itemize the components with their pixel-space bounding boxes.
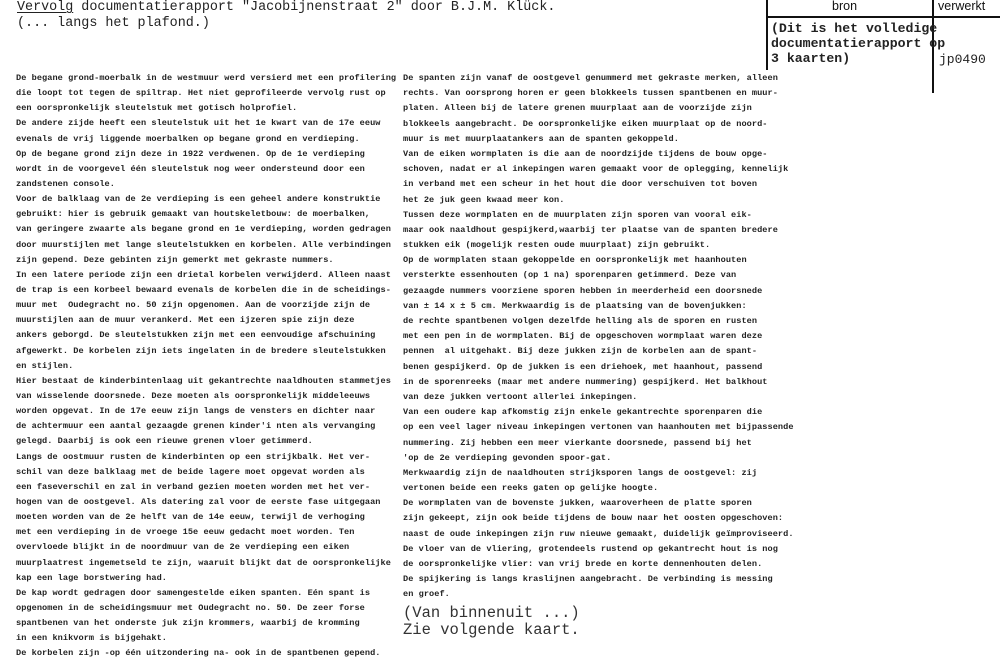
text-line: en stijlen. bbox=[16, 359, 396, 374]
text-line: evenals de vrij liggende moerbalken op b… bbox=[16, 132, 396, 147]
text-line: De wormplaten van de bovenste jukken, wa… bbox=[403, 496, 803, 511]
text-line: van geringere zwaarte als begane grond e… bbox=[16, 222, 396, 237]
text-line: In een latere periode zijn een drietal k… bbox=[16, 268, 396, 283]
title-prefix: Vervolg bbox=[17, 0, 73, 15]
text-line: de achtermuur een aantal gezaagde grenen… bbox=[16, 419, 396, 434]
text-line: de trap is een korbeel bewaard evenals d… bbox=[16, 283, 396, 298]
table-header-divider bbox=[766, 16, 1000, 18]
document-subtitle: (... langs het plafond.) bbox=[17, 16, 555, 32]
text-line: De vloer van de vliering, grotendeels ru… bbox=[403, 542, 803, 557]
verwerkt-cell: jp0490 bbox=[939, 52, 986, 67]
text-line: wordt in de voorgevel één sleutelstuk no… bbox=[16, 162, 396, 177]
text-line: de oorspronkelijke vlier: van vrij brede… bbox=[403, 557, 803, 572]
closing-line: Zie volgende kaart. bbox=[403, 622, 580, 639]
text-line: muurplaatrest ingemetseld te zijn, waaru… bbox=[16, 556, 396, 571]
text-line: Voor de balklaag van de 2e verdieping is… bbox=[16, 192, 396, 207]
text-line: naast de oude inkepingen zijn ruw nieuwe… bbox=[403, 527, 803, 542]
text-line: gezaagde nummers voorziene sporen hebben… bbox=[403, 284, 803, 299]
document-title: Vervolg documentatierapport "Jacobijnens… bbox=[17, 0, 555, 16]
text-line: in een knikvorm is bijgehakt. bbox=[16, 631, 396, 646]
text-line: met een pen in de wormplaten. Bij de opg… bbox=[403, 329, 803, 344]
text-line: Op de begane grond zijn deze in 1922 ver… bbox=[16, 147, 396, 162]
text-line: blokkeels aangebracht. De oorspronkelijk… bbox=[403, 117, 803, 132]
text-line: versterkte essenhouten (op 1 na) sporenp… bbox=[403, 268, 803, 283]
column-header-bron: bron bbox=[832, 0, 857, 13]
bron-cell: (Dit is het volledige documentatierappor… bbox=[771, 21, 945, 66]
text-line: Tussen deze wormplaten en de muurplaten … bbox=[403, 208, 803, 223]
table-left-border bbox=[766, 0, 768, 70]
text-line: zijn gepend. Deze gebinten zijn gemerkt … bbox=[16, 253, 396, 268]
text-line: van deze jukken vertoont allerlei inkepi… bbox=[403, 390, 803, 405]
text-line: Merkwaardig zijn de naaldhouten strijksp… bbox=[403, 466, 803, 481]
text-line: vertonen beide een reeks gaten op gelijk… bbox=[403, 481, 803, 496]
text-line: De begane grond-moerbalk in de westmuur … bbox=[16, 71, 396, 86]
text-line: De andere zijde heeft een sleutelstuk ui… bbox=[16, 116, 396, 131]
text-line: benen gespijkerd. Op de jukken is een dr… bbox=[403, 360, 803, 375]
text-line: spantbenen van het onderste juk zijn kro… bbox=[16, 616, 396, 631]
text-line: De korbelen zijn -op één uitzondering na… bbox=[16, 646, 396, 661]
column-header-verwerkt: verwerkt bbox=[938, 0, 985, 13]
bron-line: (Dit is het volledige bbox=[771, 21, 945, 36]
text-line: een oorspronkelijk sleutelstuk met gotis… bbox=[16, 101, 396, 116]
text-line: zijn gekeept, zijn ook beide tijdens de … bbox=[403, 511, 803, 526]
text-line: door muurstijlen met lange sleutelstukke… bbox=[16, 238, 396, 253]
text-line: overvloede blijkt in de noordmuur van de… bbox=[16, 540, 396, 555]
text-line: de rechte spantbenen volgen dezelfde hel… bbox=[403, 314, 803, 329]
text-line: van wisselende doorsnede. Deze moeten al… bbox=[16, 389, 396, 404]
text-line: op een veel lager niveau inkepingen vert… bbox=[403, 420, 803, 435]
text-line: in de sporenreeks (maar met andere numme… bbox=[403, 375, 803, 390]
text-line: Van een oudere kap afkomstig zijn enkele… bbox=[403, 405, 803, 420]
text-line: De kap wordt gedragen door samengestelde… bbox=[16, 586, 396, 601]
text-line: Hier bestaat de kinderbintenlaag uit gek… bbox=[16, 374, 396, 389]
text-line: Langs de oostmuur rusten de kinderbinten… bbox=[16, 450, 396, 465]
text-line: worden opgevat. In de 17e eeuw zijn lang… bbox=[16, 404, 396, 419]
text-line: De spanten zijn vanaf de oostgevel genum… bbox=[403, 71, 803, 86]
text-line: pennen al uitgehakt. Bij deze jukken zij… bbox=[403, 344, 803, 359]
title-rest: documentatierapport "Jacobijnenstraat 2"… bbox=[73, 0, 555, 15]
text-line: gelegd. Daarbij is ook een rieuwe grenen… bbox=[16, 434, 396, 449]
text-line: Op de wormplaten staan gekoppelde en oor… bbox=[403, 253, 803, 268]
text-line: een faseverschil en zal in verband gezie… bbox=[16, 480, 396, 495]
text-line: met een verdieping in de vroege 15e eeuw… bbox=[16, 525, 396, 540]
text-line: zandstenen console. bbox=[16, 177, 396, 192]
text-line: in verband met een scheur in het hout di… bbox=[403, 177, 803, 192]
text-line: afgewerkt. De korbelen zijn iets ingelat… bbox=[16, 344, 396, 359]
text-line: en groef. bbox=[403, 587, 803, 602]
right-text-column: De spanten zijn vanaf de oostgevel genum… bbox=[403, 71, 803, 603]
text-line: van ± 14 x ± 5 cm. Merkwaardig is de pla… bbox=[403, 299, 803, 314]
text-line: opgenomen in de scheidingsmuur met Oudeg… bbox=[16, 601, 396, 616]
text-line: platen. Alleen bij de latere grenen muur… bbox=[403, 101, 803, 116]
text-line: De spijkering is langs kraslijnen aangeb… bbox=[403, 572, 803, 587]
text-line: maar ook naaldhout gespijkerd,waarbij te… bbox=[403, 223, 803, 238]
text-line: Van de eiken wormplaten is die aan de no… bbox=[403, 147, 803, 162]
text-line: schoven, nadat er al inkepingen waren ge… bbox=[403, 162, 803, 177]
text-line: schil van deze balklaag met de beide lag… bbox=[16, 465, 396, 480]
text-line: gebruikt: hier is gebruik gemaakt van ho… bbox=[16, 207, 396, 222]
text-line: die loopt tot tegen de spiltrap. Het nie… bbox=[16, 86, 396, 101]
document-header: Vervolg documentatierapport "Jacobijnens… bbox=[17, 0, 555, 32]
text-line: stukken eik (mogelijk resten oude muurpl… bbox=[403, 238, 803, 253]
text-line: hogen van de oostgevel. Als datering zal… bbox=[16, 495, 396, 510]
text-line: nummering. Zij hebben een meer vierkante… bbox=[403, 436, 803, 451]
bron-line: 3 kaarten) bbox=[771, 51, 945, 66]
text-line: muur is met muurplaatankers aan de spant… bbox=[403, 132, 803, 147]
closing-note: (Van binnenuit ...) Zie volgende kaart. bbox=[403, 605, 580, 639]
bron-line: documentatierapport op bbox=[771, 36, 945, 51]
text-line: rechts. Van oorsprong horen er geen blok… bbox=[403, 86, 803, 101]
text-line: muur met Oudegracht no. 50 zijn opgenome… bbox=[16, 298, 396, 313]
text-line: 'op de 2e verdieping gevonden spoor-gat. bbox=[403, 451, 803, 466]
text-line: ankers geborgd. De sleutelstukken zijn m… bbox=[16, 328, 396, 343]
text-line: muurstijlen aan de muur verankerd. Met e… bbox=[16, 313, 396, 328]
left-text-column: De begane grond-moerbalk in de westmuur … bbox=[16, 71, 396, 661]
text-line: kap een lage borstwering had. bbox=[16, 571, 396, 586]
closing-line: (Van binnenuit ...) bbox=[403, 605, 580, 622]
text-line: moeten worden van de 2e helft van de 14e… bbox=[16, 510, 396, 525]
text-line: het 2e juk geen kwaad meer kon. bbox=[403, 193, 803, 208]
